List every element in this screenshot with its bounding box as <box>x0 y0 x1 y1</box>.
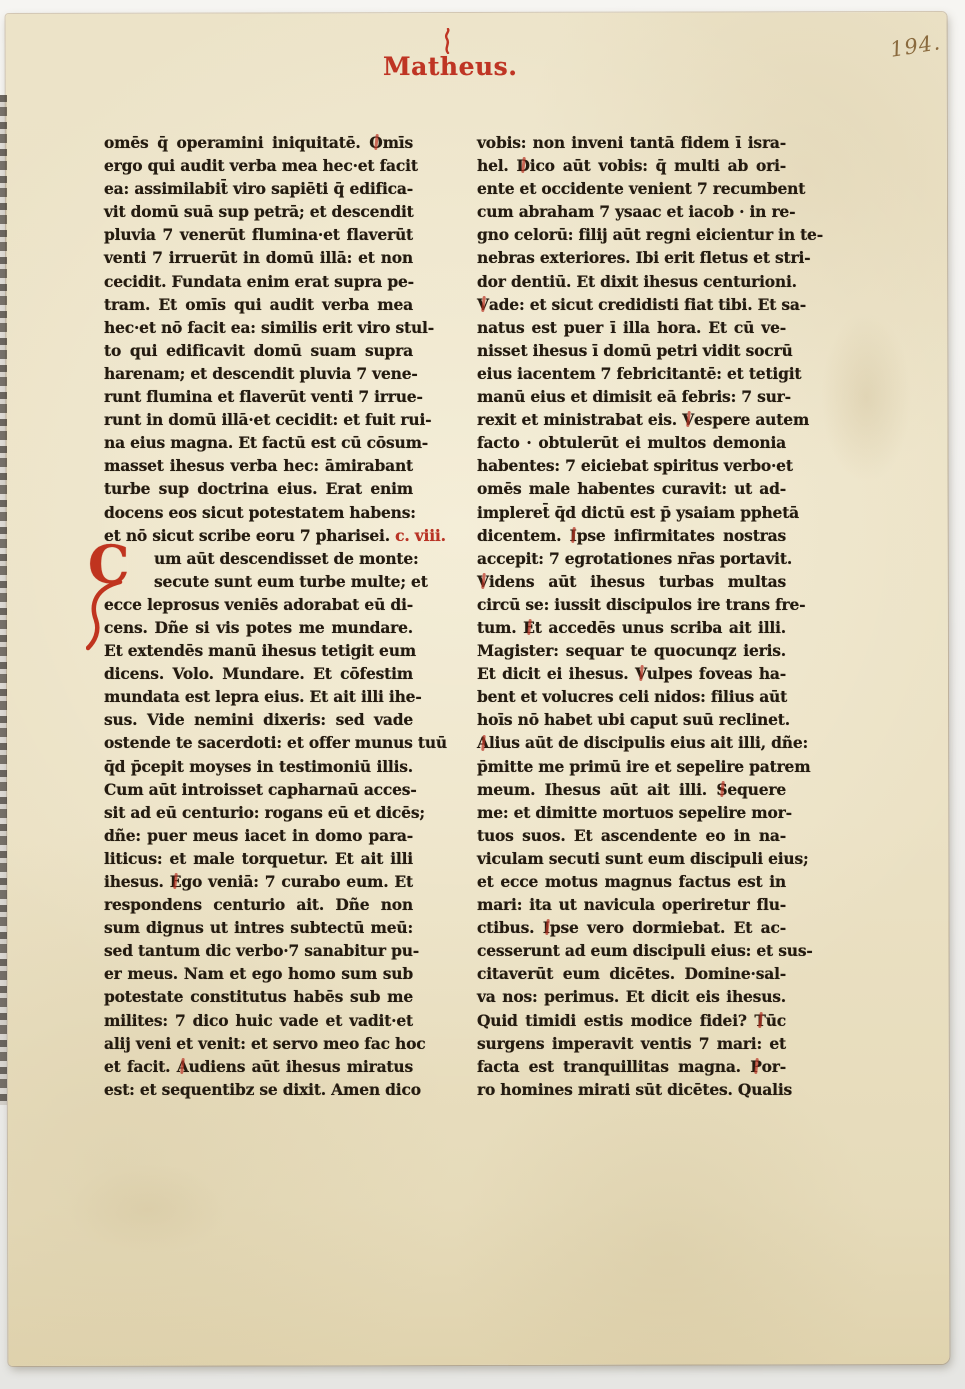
text-line: et nō sicut scribe eoru 7 pharisei. c. v… <box>104 524 413 547</box>
rubricated-capital: V <box>477 572 489 591</box>
rubricated-capital: A <box>477 733 489 752</box>
line-text: mari: ita ut navicula operiretur flu- <box>477 895 786 914</box>
text-line: Cum aūt introisset capharnaū acces- <box>104 778 413 801</box>
text-line: accepit: 7 egrotationes nr̄as portavit. <box>477 547 786 570</box>
text-line: facta est tranquillitas magna. Por- <box>477 1055 786 1078</box>
rubricated-capital: E <box>523 618 535 637</box>
line-text: est: et sequentibz se dixit. Amen dico <box>104 1080 421 1099</box>
line-text: na eius magna. Et factū est cū cōsum- <box>104 433 428 452</box>
line-text: espere autem <box>694 410 809 429</box>
line-text: dor dentiū. Et dixit ihesus centurioni. <box>477 272 797 291</box>
line-text: rexit et ministrabat eis. <box>477 410 682 429</box>
rubricated-capital: V <box>477 295 489 314</box>
text-line: respondens centurio ait. Dñe non <box>104 893 413 916</box>
text-line: q̄d p̄cepit moyses in testimoniū illis. <box>104 755 413 778</box>
line-text: ostende te sacerdoti: et offer munus tuū <box>104 733 447 752</box>
line-text: Cum aūt introisset capharnaū acces- <box>104 780 417 799</box>
line-text: runt in domū illā·et cecidit: et fuit ru… <box>104 410 431 429</box>
text-line: meum. Ihesus aūt ait illi. Sequere <box>477 778 786 801</box>
line-text: tram. Et omīs qui audit verba mea <box>104 295 413 314</box>
text-line: um aūt descendisset de monte: <box>104 547 413 570</box>
line-text: cens. Dñe si vis potes me mundare. <box>104 618 413 637</box>
text-line: runt in domū illā·et cecidit: et fuit ru… <box>104 408 413 431</box>
line-text: impleret̄ q̄d dictū est p̄ ysaiam pphetā <box>477 503 799 522</box>
text-line: to qui edificavit domū suam supra <box>104 339 413 362</box>
text-line: er meus. Nam et ego homo sum sub <box>104 962 413 985</box>
line-text: docens eos sicut potestatem habens: <box>104 503 416 522</box>
line-text: eius iacentem 7 febricitantē: et tetigit <box>477 364 801 383</box>
text-line: natus est puer ī illa hora. Et cū ve- <box>477 316 786 339</box>
line-text: Et extendēs manū ihesus tetigit eum <box>104 641 416 660</box>
line-text: sit ad eū centurio: rogans eū et dicēs; <box>104 803 425 822</box>
text-line: cecidit. Fundata enim erat supra pe- <box>104 270 413 293</box>
parchment-stain <box>821 312 911 482</box>
text-line: sed tantum dic verbo·7 sanabitur pu- <box>104 939 413 962</box>
line-text: runt flumina et flaverūt venti 7 irrue- <box>104 387 423 406</box>
text-line: venti 7 irruerūt in domū illā: et non <box>104 246 413 269</box>
line-text: ro homines mirati sūt dicētes. Qualis <box>477 1080 792 1099</box>
text-line: harenam; et descendit pluvia 7 vene- <box>104 362 413 385</box>
line-text: alij veni et venit: et servo meo fac hoc <box>104 1034 425 1053</box>
text-line: nebras exteriores. Ibi erit fletus et st… <box>477 246 786 269</box>
rubricated-capital: T <box>754 1011 765 1030</box>
text-line: mari: ita ut navicula operiretur flu- <box>477 893 786 916</box>
text-line: Alius aūt de discipulis eius ait illi, d… <box>477 731 786 754</box>
line-text: ea: assimilabit̄ viro sapiēti q̄ edifica… <box>104 179 413 198</box>
text-line: va nos: perimus. Et dicit eis ihesus. <box>477 985 786 1008</box>
line-text: gno celorū: filij aūt regni eicientur in… <box>477 225 823 244</box>
line-text: Magister: sequar te quocunqz ieris. <box>477 641 786 660</box>
line-text: ergo qui audit verba mea hec·et facit <box>104 156 418 175</box>
text-line: secute sunt eum turbe multe; et <box>104 570 413 593</box>
line-text: tuos suos. Et ascendente eo in na- <box>477 826 786 845</box>
text-line: cum abraham 7 ysaac et iacob · in re- <box>477 200 786 223</box>
line-text: hoīs nō habet ubi caput suū reclinet. <box>477 710 790 729</box>
rubricated-capital: V <box>635 664 647 683</box>
text-line: omēs male habentes curavit: ut ad- <box>477 477 786 500</box>
text-line: sit ad eū centurio: rogans eū et dicēs; <box>104 801 413 824</box>
text-line: Quid timidi estis modice fidei? Tūc <box>477 1009 786 1032</box>
text-column-left: omēs q̄ operamini iniquitatē. Omīsergo q… <box>104 131 413 1101</box>
line-text: surgens imperavit ventis 7 mari: et <box>477 1034 786 1053</box>
text-line: mundata est lepra eius. Et ait illi ihe- <box>104 685 413 708</box>
line-text: meum. Ihesus aūt ait illi. <box>477 780 716 799</box>
text-line: dicentem. Ipse infirmitates nostras <box>477 524 786 547</box>
line-text: sus. Vide nemini dixeris: sed vade <box>104 710 413 729</box>
line-text: mīs <box>383 133 413 152</box>
line-text: udiens aūt ihesus miratus <box>189 1057 413 1076</box>
text-line: eius iacentem 7 febricitantē: et tetigit <box>477 362 786 385</box>
text-line: Et dicit ei ihesus. Vulpes foveas ha- <box>477 662 786 685</box>
rubricated-capital: P <box>750 1057 761 1076</box>
line-text: idens aūt ihesus turbas multas <box>489 572 786 591</box>
line-text: cum abraham 7 ysaac et iacob · in re- <box>477 202 795 221</box>
text-line: pluvia 7 venerūt flumina·et flaverūt <box>104 223 413 246</box>
line-text: cecidit. Fundata enim erat supra pe- <box>104 272 414 291</box>
text-line: p̄mitte me primū ire et sepelire patrem <box>477 755 786 778</box>
text-line: omēs q̄ operamini iniquitatē. Omīs <box>104 131 413 154</box>
line-text: respondens centurio ait. Dñe non <box>104 895 413 914</box>
text-line: viculam secuti sunt eum discipuli eius; <box>477 847 786 870</box>
text-line: ecce leprosus veniēs adorabat eū di- <box>104 593 413 616</box>
text-line: Videns aūt ihesus turbas multas <box>477 570 786 593</box>
line-text: secute sunt eum turbe multe; et <box>154 572 428 591</box>
line-text: Quid timidi estis modice fidei? <box>477 1011 754 1030</box>
line-text: ade: et sicut credidisti fiat tibi. Et s… <box>489 295 806 314</box>
line-text: facto · obtulerūt ei multos demonia <box>477 433 786 452</box>
text-line: na eius magna. Et factū est cū cōsum- <box>104 431 413 454</box>
text-line: cens. Dñe si vis potes me mundare. <box>104 616 413 639</box>
line-text: facta est tranquillitas magna. <box>477 1057 750 1076</box>
rubricated-capital: E <box>170 872 182 891</box>
text-line: et facit. Audiens aūt ihesus miratus <box>104 1055 413 1078</box>
text-line: dor dentiū. Et dixit ihesus centurioni. <box>477 270 786 293</box>
text-line: ente et occidente venient 7 recumbent <box>477 177 786 200</box>
rubric-text: c. viii. <box>395 526 446 545</box>
text-line: Et extendēs manū ihesus tetigit eum <box>104 639 413 662</box>
text-line: potestate constitutus habēs sub me <box>104 985 413 1008</box>
text-line: hec·et nō facit ea: similis erit viro st… <box>104 316 413 339</box>
rubricated-capital: A <box>177 1057 189 1076</box>
line-text: dicentem. <box>477 526 570 545</box>
facing-page-edge <box>0 95 7 1105</box>
line-text: et nō sicut scribe eoru 7 pharisei. <box>104 526 395 545</box>
line-text: ihesus. <box>104 872 170 891</box>
line-text: omēs q̄ operamini iniquitatē. <box>104 133 369 152</box>
line-text: tum. <box>477 618 523 637</box>
line-text: turbe sup doctrina eius. Erat enim <box>104 479 413 498</box>
line-text: milites: 7 dico huic vade et vadit·et <box>104 1011 413 1030</box>
line-text: bent et volucres celi nidos: filius aūt <box>477 687 787 706</box>
text-line: et ecce motus magnus factus est in <box>477 870 786 893</box>
line-text: hec·et nō facit ea: similis erit viro st… <box>104 318 434 337</box>
line-text: et facit. <box>104 1057 177 1076</box>
rubricated-capital: O <box>369 133 382 152</box>
text-line: surgens imperavit ventis 7 mari: et <box>477 1032 786 1055</box>
text-line: rexit et ministrabat eis. Vespere autem <box>477 408 786 431</box>
line-text: er meus. Nam et ego homo sum sub <box>104 964 413 983</box>
text-line: facto · obtulerūt ei multos demonia <box>477 431 786 454</box>
line-text: venti 7 irruerūt in domū illā: et non <box>104 248 413 267</box>
scan-photo-background: { "page": { "description": "Gutenberg Bi… <box>0 0 965 1389</box>
line-text: natus est puer ī illa hora. Et cū ve- <box>477 318 786 337</box>
line-text: et ecce motus magnus factus est in <box>477 872 786 891</box>
line-text: omēs male habentes curavit: ut ad- <box>477 479 786 498</box>
text-line: vobis: non inveni tantā fidem ī isra- <box>477 131 786 154</box>
line-text: ctibus. <box>477 918 543 937</box>
text-line: milites: 7 dico huic vade et vadit·et <box>104 1009 413 1032</box>
text-line: tram. Et omīs qui audit verba mea <box>104 293 413 316</box>
line-text: ulpes foveas ha- <box>647 664 786 683</box>
text-line: hel. Dico aūt vobis: q̄ multi ab ori- <box>477 154 786 177</box>
line-text: ecce leprosus veniēs adorabat eū di- <box>104 595 413 614</box>
line-text: pse vero dormiebat. Et ac- <box>550 918 786 937</box>
text-line: Vade: et sicut credidisti fiat tibi. Et … <box>477 293 786 316</box>
text-line: dñe: puer meus iacet in domo para- <box>104 824 413 847</box>
line-text: go veniā: 7 curabo eum. Et <box>181 872 413 891</box>
text-line: alij veni et venit: et servo meo fac hoc <box>104 1032 413 1055</box>
text-line: sus. Vide nemini dixeris: sed vade <box>104 708 413 731</box>
text-line: runt flumina et flaverūt venti 7 irrue- <box>104 385 413 408</box>
line-text: nebras exteriores. Ibi erit fletus et st… <box>477 248 810 267</box>
text-line: ro homines mirati sūt dicētes. Qualis <box>477 1078 786 1101</box>
text-line: gno celorū: filij aūt regni eicientur in… <box>477 223 786 246</box>
line-text: liticus: et male torquetur. Et ait illi <box>104 849 413 868</box>
text-line: bent et volucres celi nidos: filius aūt <box>477 685 786 708</box>
line-text: harenam; et descendit pluvia 7 vene- <box>104 364 418 383</box>
line-text: hel. <box>477 156 517 175</box>
text-line: vit domū suā sup petrā; et descendit <box>104 200 413 223</box>
text-line: masset ihesus verba hec: āmirabant <box>104 454 413 477</box>
text-line: turbe sup doctrina eius. Erat enim <box>104 477 413 500</box>
parchment-stain <box>68 1164 228 1254</box>
text-line: docens eos sicut potestatem habens: <box>104 501 413 524</box>
line-text: va nos: perimus. Et dicit eis ihesus. <box>477 987 786 1006</box>
line-text: me: et dimitte mortuos sepelire mor- <box>477 803 792 822</box>
text-line: ergo qui audit verba mea hec·et facit <box>104 154 413 177</box>
rubricated-capital: V <box>682 410 694 429</box>
line-text: potestate constitutus habēs sub me <box>104 987 413 1006</box>
line-text: equere <box>727 780 786 799</box>
line-text: vit domū suā sup petrā; et descendit <box>104 202 414 221</box>
text-line: Magister: sequar te quocunqz ieris. <box>477 639 786 662</box>
line-text: dicens. Volo. Mundare. Et cōfestim <box>104 664 413 683</box>
line-text: accepit: 7 egrotationes nr̄as portavit. <box>477 549 792 568</box>
text-line: impleret̄ q̄d dictū est p̄ ysaiam pphetā <box>477 501 786 524</box>
line-text: masset ihesus verba hec: āmirabant <box>104 456 413 475</box>
rubricated-capital: D <box>517 156 530 175</box>
line-text: nisset ihesus ī domū petri vidit socrū <box>477 341 793 360</box>
text-line: ostende te sacerdoti: et offer munus tuū <box>104 731 413 754</box>
text-line: est: et sequentibz se dixit. Amen dico <box>104 1078 413 1101</box>
line-text: p̄mitte me primū ire et sepelire patrem <box>477 757 810 776</box>
line-text: or- <box>762 1057 786 1076</box>
line-text: to qui edificavit domū suam supra <box>104 341 413 360</box>
text-line: nisset ihesus ī domū petri vidit socrū <box>477 339 786 362</box>
line-text: circū se: iussit discipulos ire trans fr… <box>477 595 805 614</box>
text-line: tuos suos. Et ascendente eo in na- <box>477 824 786 847</box>
line-text: ente et occidente venient 7 recumbent <box>477 179 805 198</box>
line-text: q̄d p̄cepit moyses in testimoniū illis. <box>104 757 413 776</box>
line-text: sed tantum dic verbo·7 sanabitur pu- <box>104 941 419 960</box>
line-text: pluvia 7 venerūt flumina·et flaverūt <box>104 225 413 244</box>
line-text: viculam secuti sunt eum discipuli eius; <box>477 849 809 868</box>
rubricated-capital: S <box>716 780 727 799</box>
line-text: cesserunt ad eum discipuli eius: et sus- <box>477 941 813 960</box>
rubricated-capital: I <box>543 918 550 937</box>
text-line: ctibus. Ipse vero dormiebat. Et ac- <box>477 916 786 939</box>
line-text: pse infirmitates nostras <box>577 526 786 545</box>
text-line: dicens. Volo. Mundare. Et cōfestim <box>104 662 413 685</box>
text-line: me: et dimitte mortuos sepelire mor- <box>477 801 786 824</box>
line-text: ūc <box>766 1011 786 1030</box>
line-text: citaverūt eum dicētes. Domine·sal- <box>477 964 786 983</box>
text-line: sum dignus ut intres subtectū meū: <box>104 916 413 939</box>
text-line: hoīs nō habet ubi caput suū reclinet. <box>477 708 786 731</box>
line-text: dñe: puer meus iacet in domo para- <box>104 826 413 845</box>
line-text: habentes: 7 eiciebat spiritus verbo·et <box>477 456 793 475</box>
text-line: tum. Et accedēs unus scriba ait illi. <box>477 616 786 639</box>
text-line: habentes: 7 eiciebat spiritus verbo·et <box>477 454 786 477</box>
text-line: liticus: et male torquetur. Et ait illi <box>104 847 413 870</box>
line-text: ico aūt vobis: q̄ multi ab ori- <box>530 156 786 175</box>
text-line: cesserunt ad eum discipuli eius: et sus- <box>477 939 786 962</box>
text-column-right: vobis: non inveni tantā fidem ī isra-hel… <box>477 131 786 1101</box>
line-text: vobis: non inveni tantā fidem ī isra- <box>477 133 786 152</box>
text-line: circū se: iussit discipulos ire trans fr… <box>477 593 786 616</box>
line-text: um aūt descendisset de monte: <box>154 549 419 568</box>
line-text: mundata est lepra eius. Et ait illi ihe- <box>104 687 422 706</box>
line-text: manū eius et dimisit eā febris: 7 sur- <box>477 387 791 406</box>
text-line: ea: assimilabit̄ viro sapiēti q̄ edifica… <box>104 177 413 200</box>
line-text: Et dicit ei ihesus. <box>477 664 635 683</box>
line-text: t accedēs unus scriba ait illi. <box>535 618 786 637</box>
text-line: manū eius et dimisit eā febris: 7 sur- <box>477 385 786 408</box>
text-line: citaverūt eum dicētes. Domine·sal- <box>477 962 786 985</box>
line-text: lius aūt de discipulis eius ait illi, dñ… <box>489 733 808 752</box>
header-flourish-icon <box>438 28 456 58</box>
text-line: ihesus. Ego veniā: 7 curabo eum. Et <box>104 870 413 893</box>
line-text: sum dignus ut intres subtectū meū: <box>104 918 413 937</box>
rubricated-capital: I <box>570 526 577 545</box>
